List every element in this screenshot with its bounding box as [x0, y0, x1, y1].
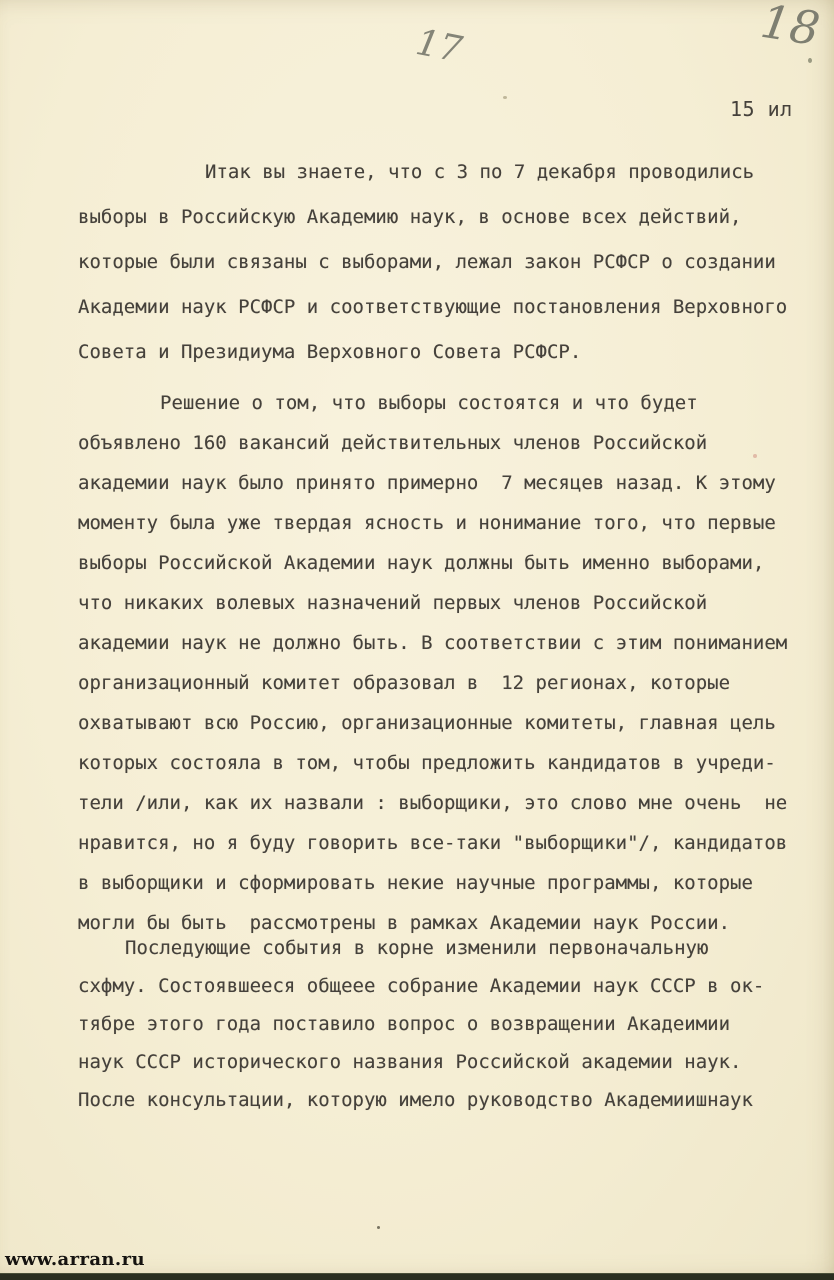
paper-speck — [377, 1226, 380, 1229]
text-line: Совета и Президиума Верховного Совета РС… — [78, 330, 792, 375]
text-line: объявлено 160 вакансий действительных чл… — [78, 423, 792, 463]
pencil-page-number: 18 — [758, 0, 824, 56]
text-line: наук СССР исторического названия Российс… — [78, 1043, 792, 1081]
text-line: организационный комитет образовал в 12 р… — [78, 663, 792, 703]
scan-edge-strip — [0, 1273, 834, 1280]
text-line: выборы Российской Академии наук должны б… — [78, 543, 792, 583]
text-line: что никаких волевых назначений первых чл… — [78, 583, 792, 623]
paragraph: Решение о том, что выборы состоятся и чт… — [78, 383, 792, 943]
text-line: академии наук не должно быть. В соответс… — [78, 623, 792, 663]
paper-speck — [753, 454, 757, 458]
pencil-dot — [808, 58, 812, 63]
pencil-sheet-number: 17 — [413, 22, 466, 71]
paragraph: Последующие события в корне изменили пер… — [78, 929, 792, 1119]
text-line: охватывают всю Россию, организационные к… — [78, 703, 792, 743]
scanned-document-page: 18 17 15 ил Итак вы знаете, что с 3 по 7… — [0, 0, 834, 1280]
document-text: Итак вы знаете, что с 3 по 7 декабря про… — [78, 150, 792, 1119]
archive-watermark: www.arran.ru — [5, 1249, 145, 1270]
typed-page-label: 15 ил — [730, 97, 793, 121]
text-line: Итак вы знаете, что с 3 по 7 декабря про… — [78, 150, 792, 195]
text-line: в выборщики и сформировать некие научные… — [78, 863, 792, 903]
text-line: Последующие события в корне изменили пер… — [78, 929, 792, 967]
text-line: которые были связаны с выборами, лежал з… — [78, 240, 792, 285]
text-line: академии наук было принято примерно 7 ме… — [78, 463, 792, 503]
paper-speck — [503, 96, 507, 99]
text-line: тябре этого года поставило вопрос о возв… — [78, 1005, 792, 1043]
paragraph: Итак вы знаете, что с 3 по 7 декабря про… — [78, 150, 792, 375]
text-line: После консультации, которую имело руково… — [78, 1081, 792, 1119]
text-line: нравится, но я буду говорить все-таки "в… — [78, 823, 792, 863]
text-line: которых состояла в том, чтобы предложить… — [78, 743, 792, 783]
text-line: Решение о том, что выборы состоятся и чт… — [78, 383, 792, 423]
text-line: моменту была уже твердая ясность и ноним… — [78, 503, 792, 543]
text-line: тели /или, как их назвали : выборщики, э… — [78, 783, 792, 823]
text-line: схфму. Состоявшееся общеее собрание Акад… — [78, 967, 792, 1005]
text-line: Академии наук РСФСР и соответствующие по… — [78, 285, 792, 330]
text-line: выборы в Российскую Академию наук, в осн… — [78, 195, 792, 240]
